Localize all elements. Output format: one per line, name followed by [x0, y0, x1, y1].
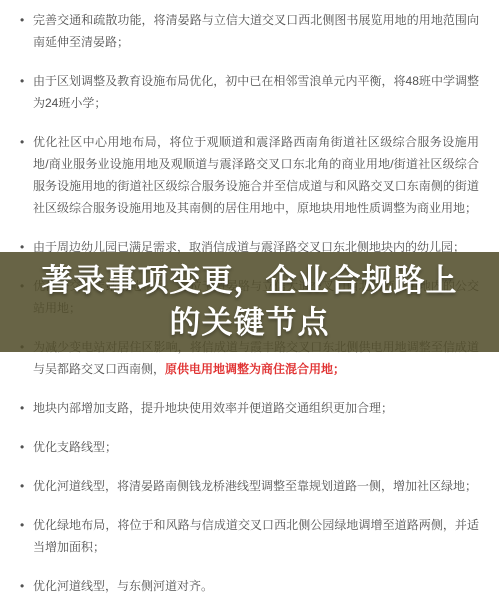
- list-item: •优化河道线型，将清晏路南侧钱龙桥港线型调整至靠规划道路一侧，增加社区绿地；: [23, 475, 479, 497]
- bullet-text: 优化河道线型，与东侧河道对齐。: [33, 579, 213, 593]
- highlighted-text: 原供电用地调整为商住混合用地；: [165, 362, 345, 376]
- bullet-text: 优化河道线型，将清晏路南侧钱龙桥港线型调整至靠规划道路一侧，增加社区绿地；: [33, 479, 477, 493]
- bullet-marker: •: [20, 131, 24, 153]
- list-item: •优化支路线型；: [23, 436, 479, 458]
- page-title: 著录事项变更，企业合规路上 的关键节点: [0, 260, 499, 344]
- bullet-marker: •: [20, 475, 24, 497]
- bullet-marker: •: [20, 575, 24, 597]
- page-title-line-1: 著录事项变更，企业合规路上: [0, 260, 499, 302]
- list-item: •完善交通和疏散功能，将清晏路与立信大道交叉口西北侧图书展览用地的用地范围向南延…: [23, 9, 479, 53]
- list-item: •优化绿地布局，将位于和风路与信成道交叉口西北侧公园绿地调增至道路两侧，并适当增…: [23, 514, 479, 558]
- page-title-line-2: 的关键节点: [0, 302, 499, 344]
- bullet-text: 完善交通和疏散功能，将清晏路与立信大道交叉口西北侧图书展览用地的用地范围向南延伸…: [33, 13, 479, 49]
- bullet-marker: •: [20, 70, 24, 92]
- bullet-text: 优化支路线型；: [33, 440, 117, 454]
- bullet-marker: •: [20, 436, 24, 458]
- list-item: •优化河道线型，与东侧河道对齐。: [23, 575, 479, 597]
- bullet-text: 由于区划调整及教育设施布局优化，初中已在相邻雪浪单元内平衡，将48班中学调整为2…: [33, 74, 479, 110]
- bullet-marker: •: [20, 397, 24, 419]
- bullet-marker: •: [20, 9, 24, 31]
- bullet-marker: •: [20, 514, 24, 536]
- bullet-text: 优化绿地布局，将位于和风路与信成道交叉口西北侧公园绿地调增至道路两侧，并适当增加…: [33, 518, 479, 554]
- list-item: •由于区划调整及教育设施布局优化，初中已在相邻雪浪单元内平衡，将48班中学调整为…: [23, 70, 479, 114]
- list-item: •地块内部增加支路，提升地块使用效率并便道路交通组织更加合理；: [23, 397, 479, 419]
- list-item: •优化社区中心用地布局，将位于观顺道和震泽路西南角街道社区级综合服务设施用地/商…: [23, 131, 479, 219]
- bullet-text: 地块内部增加支路，提升地块使用效率并便道路交通组织更加合理；: [33, 401, 393, 415]
- title-banner-overlay: 著录事项变更，企业合规路上 的关键节点: [0, 252, 499, 352]
- document-page: •完善交通和疏散功能，将清晏路与立信大道交叉口西北侧图书展览用地的用地范围向南延…: [0, 0, 499, 602]
- bullet-text: 优化社区中心用地布局，将位于观顺道和震泽路西南角街道社区级综合服务设施用地/商业…: [33, 135, 479, 215]
